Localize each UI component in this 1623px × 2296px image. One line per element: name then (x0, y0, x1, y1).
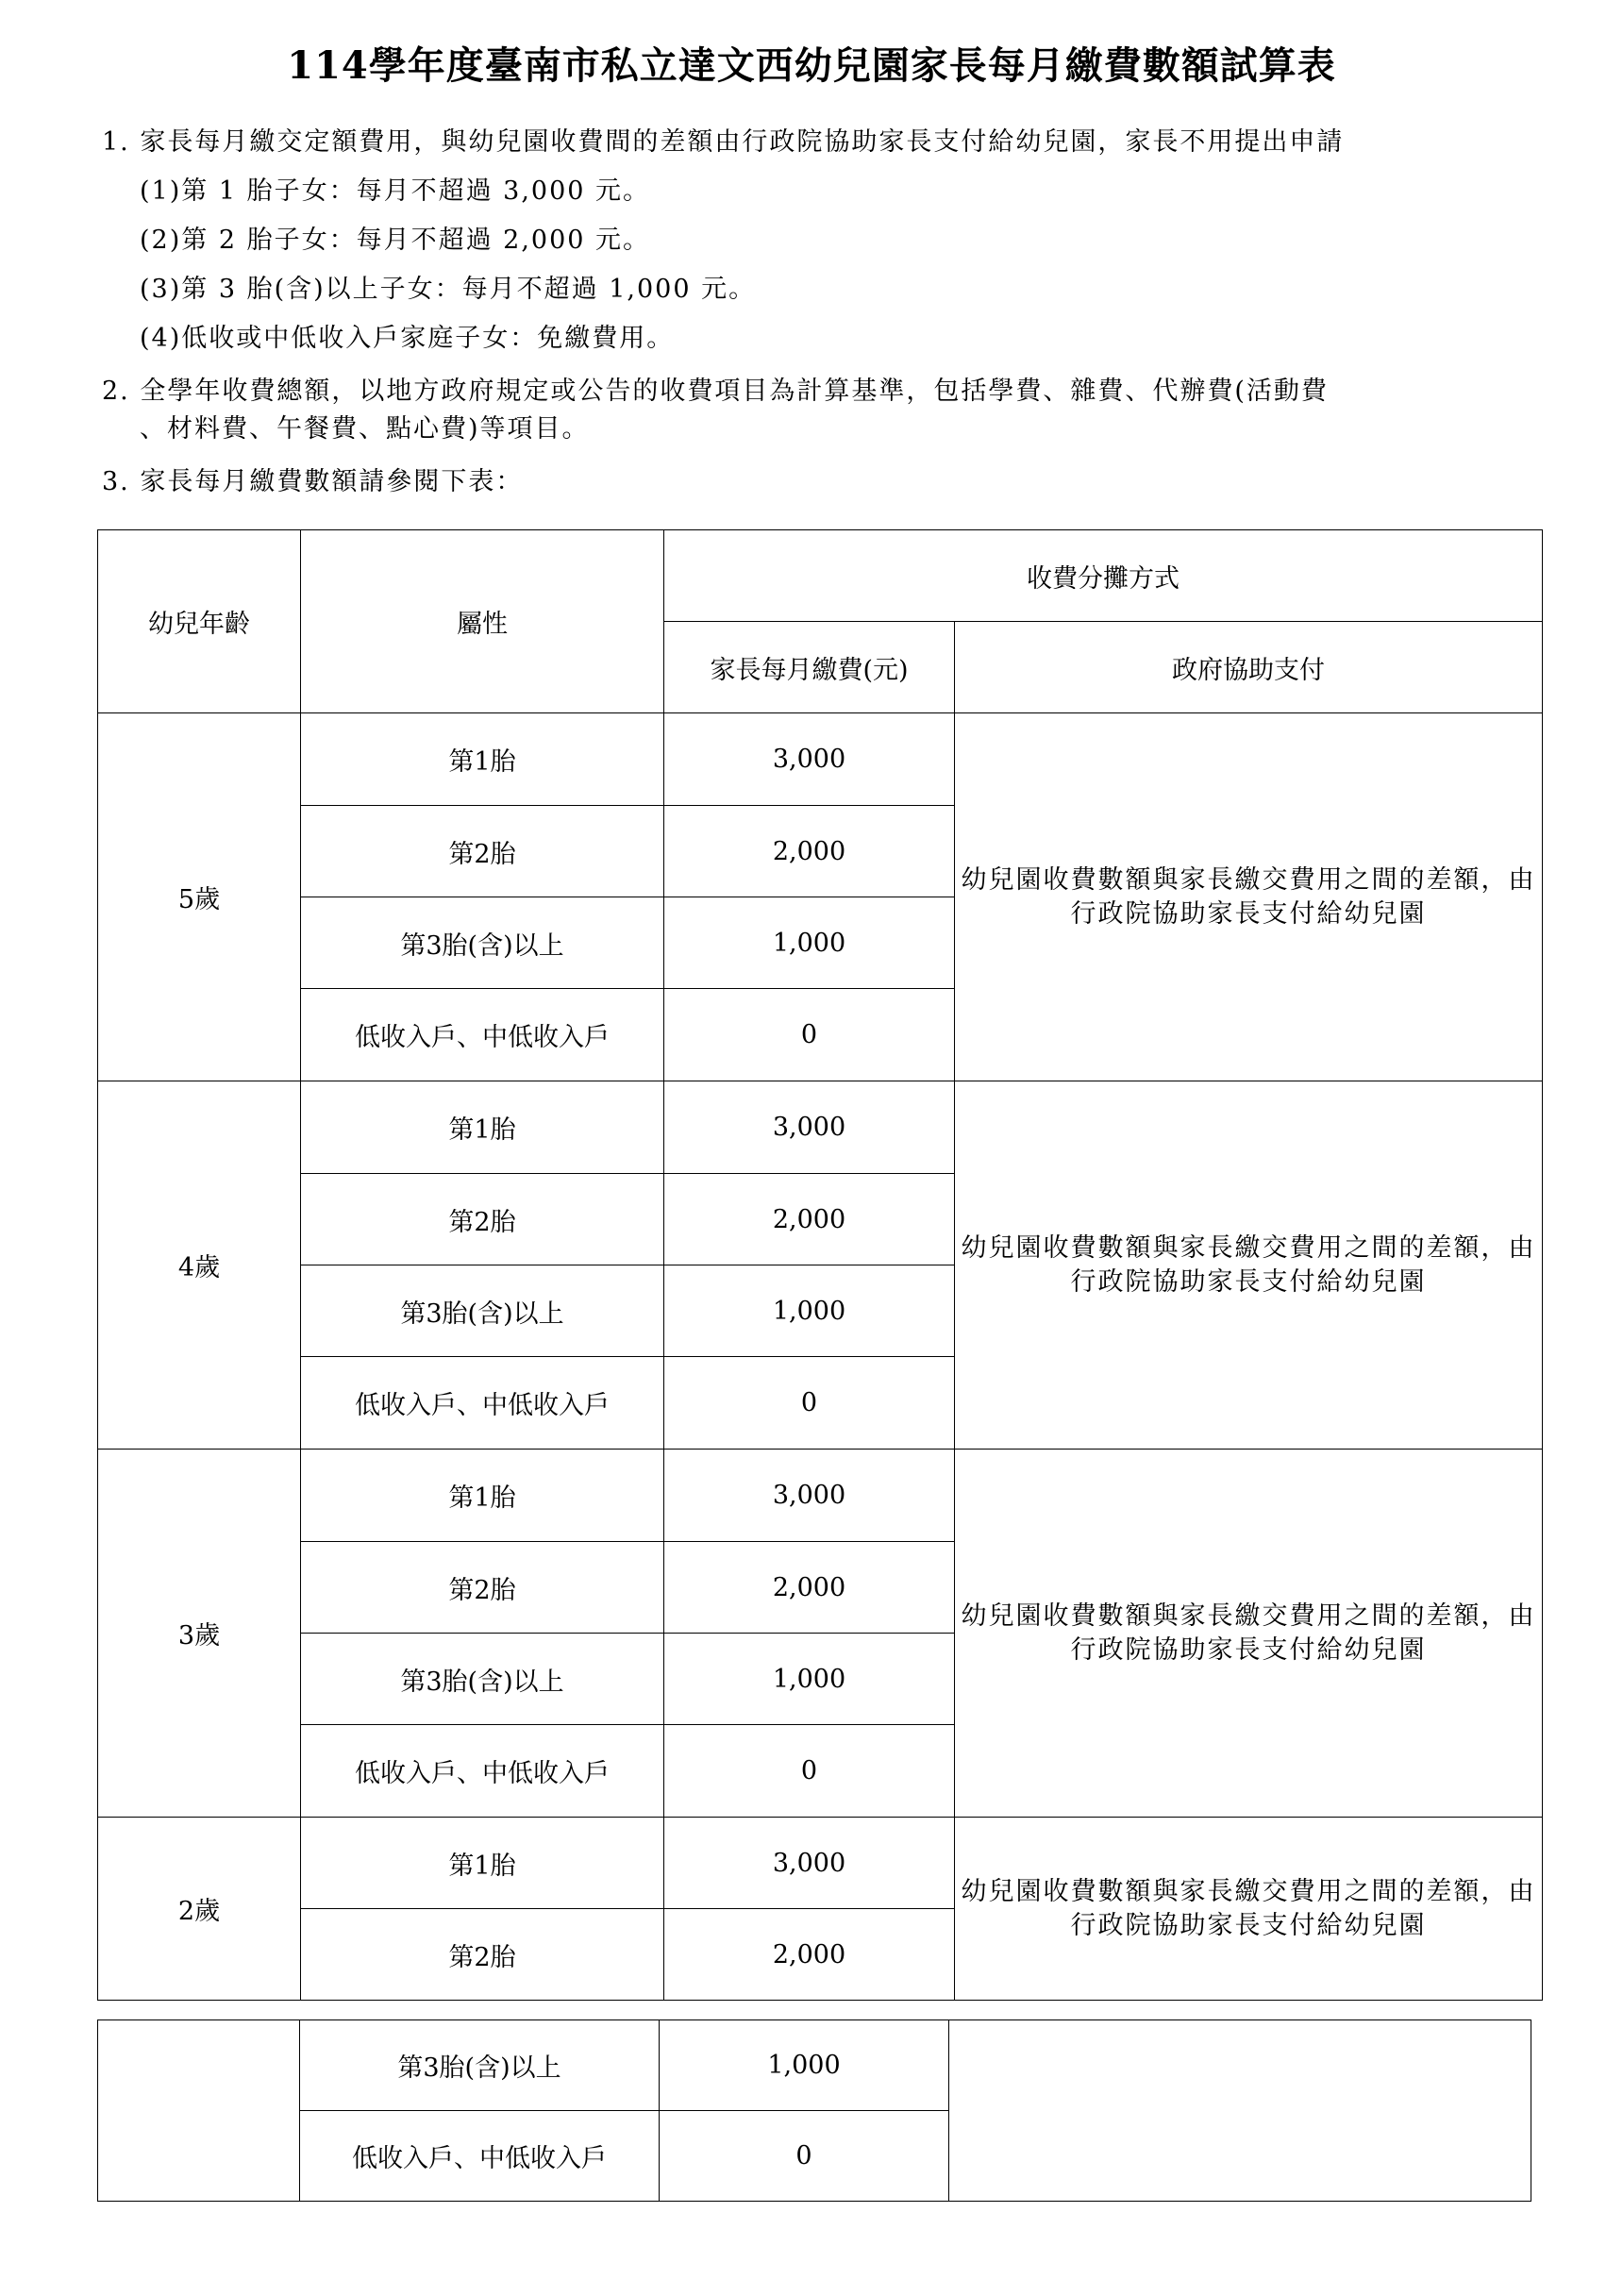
note-1: 1. 家長每月繳交定額費用，與幼兒園收費間的差額由行政院協助家長支付給幼兒園，家… (102, 121, 1344, 158)
fee-cell: 0 (664, 1357, 955, 1450)
attr-cell: 第2胎 (301, 1542, 664, 1634)
header-attribute: 屬性 (301, 530, 664, 713)
attr-cell: 第1胎 (301, 1081, 664, 1174)
fee-cell: 0 (664, 989, 955, 1081)
fee-cell: 2,000 (664, 1542, 955, 1634)
fee-table: 幼兒年齡 屬性 收費分攤方式 家長每月繳費(元) 政府協助支付 5歲 第1胎 3… (97, 529, 1543, 2001)
document-title: 114學年度臺南市私立達文西幼兒園家長每月繳費數額試算表 (0, 36, 1623, 90)
fee-cell: 2,000 (664, 806, 955, 897)
table-row: 4歲 第1胎 3,000 幼兒園收費數額與家長繳交費用之間的差額，由行政院協助家… (98, 1081, 1543, 1174)
fee-cell: 1,000 (664, 1265, 955, 1357)
attr-cell: 第1胎 (301, 1818, 664, 1909)
attr-cell: 第3胎(含)以上 (301, 897, 664, 989)
attr-cell: 第3胎(含)以上 (301, 1634, 664, 1725)
attr-cell: 第3胎(含)以上 (301, 1265, 664, 1357)
attr-cell: 第2胎 (301, 1174, 664, 1265)
fee-cell: 3,000 (664, 1818, 955, 1909)
note-1-2: (2)第 2 胎子女：每月不超過 2,000 元。 (140, 219, 650, 256)
header-split: 收費分攤方式 (664, 530, 1543, 622)
attr-cell: 低收入戶、中低收入戶 (301, 1725, 664, 1818)
note-1-4: (4)低收或中低收入戶家庭子女：免繳費用。 (140, 317, 674, 354)
attr-cell: 第2胎 (301, 806, 664, 897)
fee-cell: 1,000 (664, 1634, 955, 1725)
fee-cell: 3,000 (664, 1081, 955, 1174)
fee-cell: 1,000 (660, 2020, 949, 2111)
attr-cell: 第1胎 (301, 1450, 664, 1542)
fee-table-continuation: 第3胎(含)以上 1,000 低收入戶、中低收入戶 0 (97, 2019, 1531, 2202)
attr-cell: 低收入戶、中低收入戶 (301, 1357, 664, 1450)
attr-cell: 第1胎 (301, 713, 664, 806)
note-2-cont: 、材料費、午餐費、點心費)等項目。 (140, 408, 590, 444)
gov-pay-cell (949, 2020, 1531, 2202)
age-cell: 3歲 (98, 1450, 301, 1818)
attr-cell: 低收入戶、中低收入戶 (301, 989, 664, 1081)
fee-cell: 3,000 (664, 1450, 955, 1542)
age-cell: 2歲 (98, 1818, 301, 2001)
table-row: 3歲 第1胎 3,000 幼兒園收費數額與家長繳交費用之間的差額，由行政院協助家… (98, 1450, 1543, 1542)
fee-cell: 0 (664, 1725, 955, 1818)
age-cell: 5歲 (98, 713, 301, 1081)
table-row: 5歲 第1胎 3,000 幼兒園收費數額與家長繳交費用之間的差額，由行政院協助家… (98, 713, 1543, 806)
header-gov-pay: 政府協助支付 (955, 622, 1543, 713)
header-parent-fee: 家長每月繳費(元) (664, 622, 955, 713)
gov-pay-cell: 幼兒園收費數額與家長繳交費用之間的差額，由行政院協助家長支付給幼兒園 (955, 713, 1543, 1081)
attr-cell: 第3胎(含)以上 (300, 2020, 660, 2111)
fee-cell: 3,000 (664, 713, 955, 806)
age-cell (98, 2020, 300, 2202)
table-row: 2歲 第1胎 3,000 幼兒園收費數額與家長繳交費用之間的差額，由行政院協助家… (98, 1818, 1543, 1909)
attr-cell: 第2胎 (301, 1909, 664, 2001)
attr-cell: 低收入戶、中低收入戶 (300, 2111, 660, 2202)
note-3: 3. 家長每月繳費數額請參閱下表： (102, 461, 523, 497)
note-2: 2. 全學年收費總額，以地方政府規定或公告的收費項目為計算基準，包括學費、雜費、… (102, 370, 1329, 407)
gov-pay-cell: 幼兒園收費數額與家長繳交費用之間的差額，由行政院協助家長支付給幼兒園 (955, 1450, 1543, 1818)
fee-cell: 2,000 (664, 1174, 955, 1265)
table-row: 第3胎(含)以上 1,000 (98, 2020, 1531, 2111)
gov-pay-cell: 幼兒園收費數額與家長繳交費用之間的差額，由行政院協助家長支付給幼兒園 (955, 1818, 1543, 2001)
header-age: 幼兒年齡 (98, 530, 301, 713)
fee-cell: 2,000 (664, 1909, 955, 2001)
fee-cell: 0 (660, 2111, 949, 2202)
age-cell: 4歲 (98, 1081, 301, 1450)
gov-pay-cell: 幼兒園收費數額與家長繳交費用之間的差額，由行政院協助家長支付給幼兒園 (955, 1081, 1543, 1450)
note-1-3: (3)第 3 胎(含)以上子女：每月不超過 1,000 元。 (140, 268, 756, 305)
fee-cell: 1,000 (664, 897, 955, 989)
note-1-1: (1)第 1 胎子女：每月不超過 3,000 元。 (140, 170, 650, 207)
